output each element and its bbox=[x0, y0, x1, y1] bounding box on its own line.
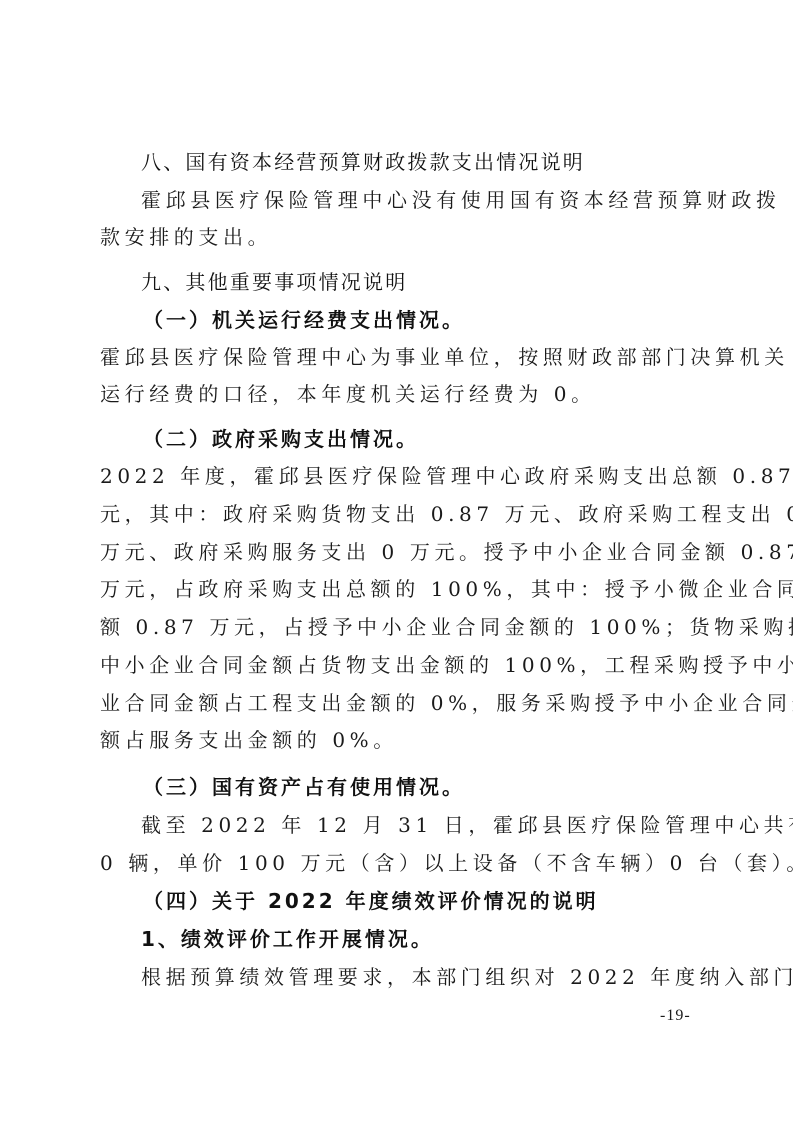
paragraph-line: 万元，占政府采购支出总额的 100%，其中：授予小微企业合同金 bbox=[100, 575, 793, 603]
paragraph-line: 截至 2022 年 12 月 31 日，霍邱县医疗保险管理中心共有车辆 bbox=[141, 811, 793, 839]
paragraph-line: 款安排的支出。 bbox=[100, 223, 272, 251]
page-number: -19- bbox=[660, 1007, 691, 1025]
subsection-heading-2: （二）政府采购支出情况。 bbox=[143, 425, 419, 453]
paragraph-line: 元，其中：政府采购货物支出 0.87 万元、政府采购工程支出 0 bbox=[100, 500, 793, 528]
document-page: 八、国有资本经营预算财政拨款支出情况说明 霍邱县医疗保险管理中心没有使用国有资本… bbox=[0, 0, 793, 1122]
subsection-heading-1: （一）机关运行经费支出情况。 bbox=[143, 306, 465, 334]
subsection-heading-3: （三）国有资产占有使用情况。 bbox=[143, 773, 465, 801]
paragraph-line: 业合同金额占工程支出金额的 0%，服务采购授予中小企业合同金 bbox=[100, 689, 793, 717]
subsection-heading-4: （四）关于 2022 年度绩效评价情况的说明 bbox=[143, 887, 599, 915]
paragraph-line: 0 辆，单价 100 万元（含）以上设备（不含车辆）0 台（套）。 bbox=[100, 849, 793, 877]
section-heading-9: 九、其他重要事项情况说明 bbox=[141, 268, 407, 296]
paragraph-line: 额占服务支出金额的 0%。 bbox=[100, 726, 398, 754]
paragraph-line: 2022 年度，霍邱县医疗保险管理中心政府采购支出总额 0.87 万 bbox=[100, 462, 793, 490]
paragraph-line: 中小企业合同金额占货物支出金额的 100%，工程采购授予中小企 bbox=[100, 651, 793, 679]
item-heading-1: 1、绩效评价工作开展情况。 bbox=[141, 925, 434, 953]
section-heading-8: 八、国有资本经营预算财政拨款支出情况说明 bbox=[141, 148, 585, 176]
paragraph-line: 霍邱县医疗保险管理中心为事业单位，按照财政部部门决算机关 bbox=[100, 343, 789, 371]
paragraph-line: 万元、政府采购服务支出 0 万元。授予中小企业合同金额 0.87 bbox=[100, 538, 793, 566]
paragraph-line: 根据预算绩效管理要求，本部门组织对 2022 年度纳入部门预 bbox=[141, 963, 793, 991]
paragraph-line: 霍邱县医疗保险管理中心没有使用国有资本经营预算财政拨 bbox=[141, 186, 781, 214]
paragraph-line: 额 0.87 万元，占授予中小企业合同金额的 100%；货物采购授予 bbox=[100, 613, 793, 641]
paragraph-line: 运行经费的口径，本年度机关运行经费为 0。 bbox=[100, 380, 596, 408]
